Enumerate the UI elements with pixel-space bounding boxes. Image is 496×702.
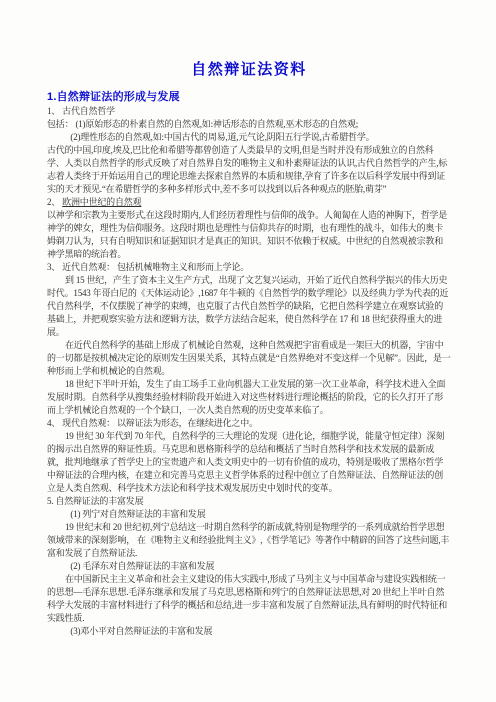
document-body: 1、 古代自然哲学包括： (1)原始形态的朴素自然的自然观,如:神话形态的自然观… <box>47 105 451 638</box>
para-mao: 在中国新民主主义革命和社会主义建设的伟大实践中,形成了马列主义与中国革命与建设实… <box>47 573 451 625</box>
heading-modern-natural-view: 3、 近代自然观： 包括机械唯物主义和形而上学论。 <box>47 261 451 274</box>
para-rational-forms: (2)理性形态的自然观,如:中国古代的周易,道,元气论,阴阳五行学说,古希腊哲学… <box>47 131 451 144</box>
heading-medieval-european-view-number: 2、 <box>47 197 62 207</box>
document-page: 自然辩证法资料 1.自然辩证法的形成与发展 1、 古代自然哲学包括： (1)原始… <box>0 0 496 702</box>
para-includes-primitive-forms: 包括： (1)原始形态的朴素自然的自然观,如:神话形态的自然观,巫术形态的自然观… <box>47 118 451 131</box>
para-theology-religion: 以神学和宗教为主要形式,在这段时期内,人们经历着理性与信仰的战争。人匍匐在人造的… <box>47 209 451 261</box>
section-1-heading: 1.自然辩证法的形成与发展 <box>47 90 451 104</box>
heading-medieval-european-view: 2、 欧洲中世纪的自然观 <box>47 196 451 209</box>
para-19th-century-discoveries: 19 世纪 30 年代到 70 年代，自然科学的三大理论的发现（进化论，细胞学说… <box>47 430 451 495</box>
heading-contemporary-natural-view: 4、 现代自然观： 以辩证法为形态，在继续进化之中。 <box>47 417 451 430</box>
document-title: 自然辩证法资料 <box>47 58 451 79</box>
heading-enrichment-development: 5. 自然辩证法的丰富发展 <box>47 495 451 508</box>
subitem-lenin: (1) 列宁对自然辩证法的丰富和发展 <box>47 508 451 521</box>
para-ancient-civilizations: 古代的中国,印度,埃及,巴比伦和希腊等都曾创造了人类最早的文明,但是当时并没有形… <box>47 144 451 196</box>
subitem-deng: (3)邓小平对自然辩证法的丰富和发展 <box>47 625 451 638</box>
heading-ancient-natural-philosophy: 1、 古代自然哲学 <box>47 105 451 118</box>
heading-medieval-european-view-label: 欧洲中世纪的自然观 <box>62 197 141 207</box>
para-15th-century: 到 15 世纪，产生了资本主义生产方式，出现了文艺复兴运动，开始了近代自然科学振… <box>47 274 451 339</box>
para-mechanistic-view: 在近代自然科学的基础上形成了机械论自然观，这种自然观把宇宙看成是一架巨大的机器，… <box>47 339 451 378</box>
para-industrial-revolution: 18 世纪下半叶开始，发生了由工场手工业向机器大工业发展的第一次工业革命，科学技… <box>47 378 451 417</box>
para-lenin: 19 世纪末和 20 世纪初,列宁总结这一时期自然科学的新成就,特别是物理学的一… <box>47 521 451 560</box>
subitem-mao: (2) 毛泽东对自然辩证法的丰富和发展 <box>47 560 451 573</box>
